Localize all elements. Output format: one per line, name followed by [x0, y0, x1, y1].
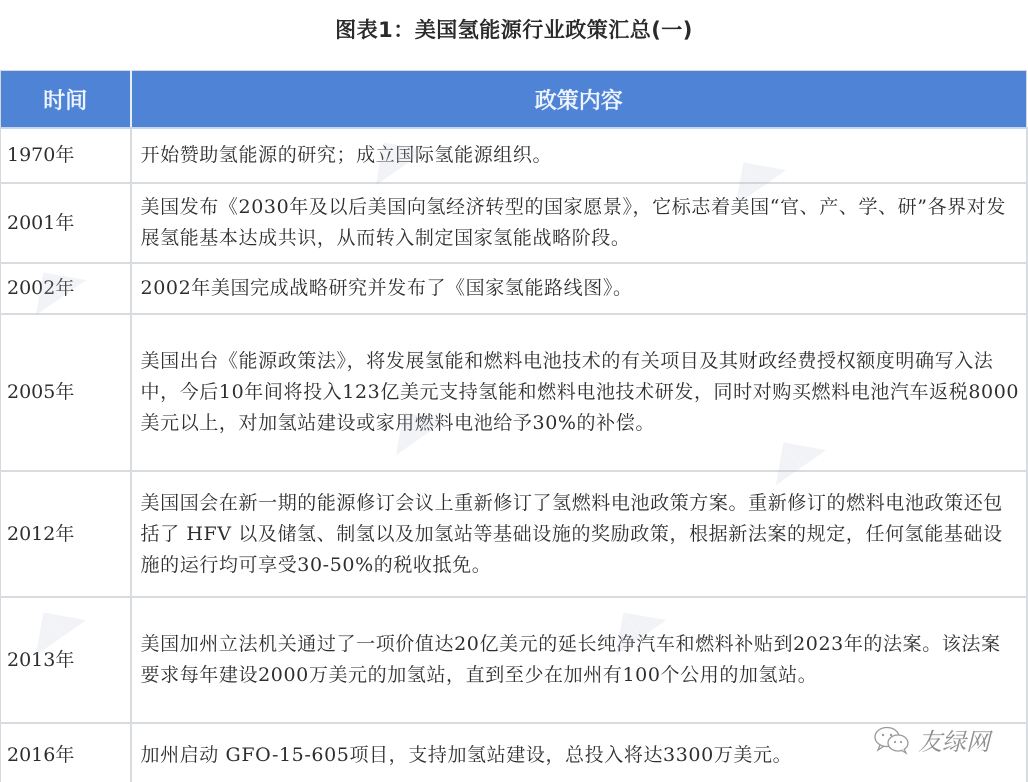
policy-text: 2002年美国完成战略研究并发布了《国家氢能路线图》。	[141, 265, 1020, 312]
policy-content-cell: 美国发布《2030年及以后美国向氢经济转型的国家愿景》，它标志着美国“官、产、学…	[131, 183, 1027, 263]
policy-content-cell: 2002年美国完成战略研究并发布了《国家氢能路线图》。	[131, 263, 1027, 314]
policy-content-cell: 美国国会在新一期的能源修订会议上重新修订了氢燃料电池政策方案。重新修订的燃料电池…	[131, 471, 1027, 597]
policy-text: 美国国会在新一期的能源修订会议上重新修订了氢燃料电池政策方案。重新修订的燃料电池…	[141, 480, 1020, 589]
table-row: 2013年 美国加州立法机关通过了一项价值达20亿美元的延长纯净汽车和燃料补贴到…	[1, 597, 1027, 723]
year-cell: 2005年	[1, 314, 131, 471]
policy-text: 开始赞助氢能源的研究；成立国际氢能源组织。	[141, 132, 1020, 179]
table-header-row: 时间 政策内容	[1, 71, 1027, 129]
policy-text: 美国加州立法机关通过了一项价值达20亿美元的延长纯净汽车和燃料补贴到2023年的…	[141, 621, 1020, 699]
policy-content-cell: 美国出台《能源政策法》，将发展氢能和燃料电池技术的有关项目及其财政经费授权额度明…	[131, 314, 1027, 471]
policy-table: 时间 政策内容 1970年 开始赞助氢能源的研究；成立国际氢能源组织。 2001…	[0, 70, 1028, 782]
policy-content-cell: 美国加州立法机关通过了一项价值达20亿美元的延长纯净汽车和燃料补贴到2023年的…	[131, 597, 1027, 723]
year-cell: 2002年	[1, 263, 131, 314]
source-badge: 友绿网	[872, 722, 990, 757]
policy-text: 美国发布《2030年及以后美国向氢经济转型的国家愿景》，它标志着美国“官、产、学…	[141, 184, 1020, 262]
year-cell: 2013年	[1, 597, 131, 723]
year-cell: 2012年	[1, 471, 131, 597]
table-row: 2005年 美国出台《能源政策法》，将发展氢能和燃料电池技术的有关项目及其财政经…	[1, 314, 1027, 471]
year-cell: 1970年	[1, 128, 131, 183]
source-badge-label: 友绿网	[918, 722, 990, 757]
page-title: 图表1：美国氢能源行业政策汇总(一)	[0, 14, 1028, 44]
column-header-policy-content: 政策内容	[131, 71, 1027, 129]
year-cell: 2001年	[1, 183, 131, 263]
table-row: 2001年 美国发布《2030年及以后美国向氢经济转型的国家愿景》，它标志着美国…	[1, 183, 1027, 263]
policy-text: 美国出台《能源政策法》，将发展氢能和燃料电池技术的有关项目及其财政经费授权额度明…	[141, 338, 1020, 447]
table-row: 2002年 2002年美国完成战略研究并发布了《国家氢能路线图》。	[1, 263, 1027, 314]
year-cell: 2016年	[1, 723, 131, 782]
policy-content-cell: 开始赞助氢能源的研究；成立国际氢能源组织。	[131, 128, 1027, 183]
wechat-icon	[872, 725, 912, 755]
table-row: 1970年 开始赞助氢能源的研究；成立国际氢能源组织。	[1, 128, 1027, 183]
column-header-time: 时间	[1, 71, 131, 129]
table-row: 2012年 美国国会在新一期的能源修订会议上重新修订了氢燃料电池政策方案。重新修…	[1, 471, 1027, 597]
